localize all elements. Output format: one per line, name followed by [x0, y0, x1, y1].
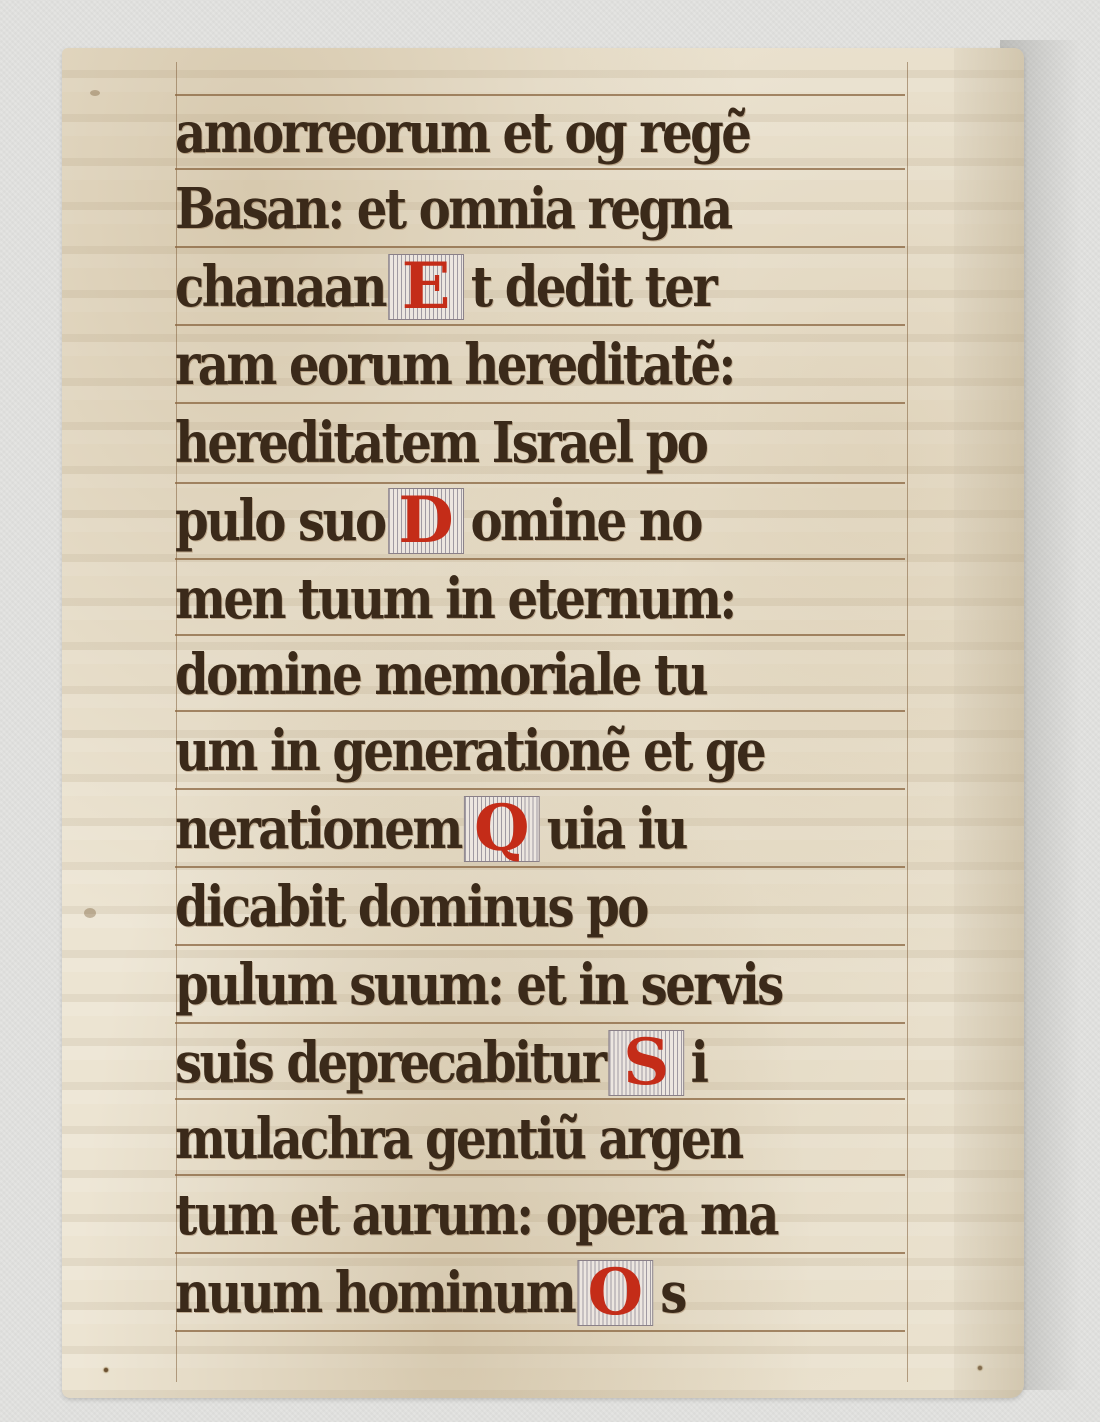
- right-margin-rule: [907, 62, 908, 1382]
- text-line: domine memoriale tu: [175, 644, 803, 706]
- text-segment: pulum suum: et in servis: [175, 954, 782, 1016]
- text-line: amorreorum et og regẽ: [175, 102, 803, 164]
- text-line: dicabit dominus po: [175, 876, 803, 938]
- text-segment: ram eorum hereditatẽ:: [175, 334, 734, 396]
- text-line: hereditatem Israel po: [175, 412, 803, 474]
- pin-hole: [976, 1364, 984, 1372]
- ruling-line: [175, 94, 905, 96]
- ink-stain: [84, 908, 96, 918]
- ruling-line: [175, 168, 905, 170]
- illuminated-initial-q: Q: [464, 796, 540, 862]
- text-segment: tum et aurum: opera ma: [175, 1184, 777, 1246]
- pin-hole: [102, 1366, 110, 1374]
- text-line: mulachra gentiũ argen: [175, 1108, 803, 1170]
- ruling-line: [175, 788, 905, 790]
- text-segment: um in generationẽ et ge: [175, 720, 764, 782]
- initial-letter: Q: [474, 797, 530, 861]
- ruling-line: [175, 866, 905, 868]
- text-line: pulum suum: et in servis: [175, 954, 803, 1016]
- illuminated-initial-e: E: [388, 254, 464, 320]
- ruling-line: [175, 710, 905, 712]
- text-segment: chanaan: [175, 256, 385, 318]
- ruling-line: [175, 1252, 905, 1254]
- text-segment: mulachra gentiũ argen: [175, 1108, 742, 1170]
- ink-stain: [90, 90, 100, 96]
- text-segment: nuum hominum: [175, 1262, 574, 1324]
- text-line: chanaanEt dedit ter: [175, 256, 803, 318]
- text-segment: i: [691, 1032, 707, 1094]
- initial-letter: D: [398, 489, 453, 553]
- text-segment: hereditatem Israel po: [175, 412, 706, 474]
- text-line: suis deprecabiturSi: [175, 1032, 803, 1094]
- initial-letter: E: [402, 255, 451, 319]
- ruling-line: [175, 1174, 905, 1176]
- ruling-line: [175, 246, 905, 248]
- text-segment: amorreorum et og regẽ: [175, 102, 749, 164]
- initial-letter: O: [588, 1261, 644, 1325]
- ruling-line: [175, 1330, 905, 1332]
- ruling-line: [175, 402, 905, 404]
- text-segment: nerationem: [175, 798, 461, 860]
- text-segment: t dedit ter: [471, 256, 715, 318]
- text-line: men tuum in eternum:: [175, 568, 803, 630]
- text-line: ram eorum hereditatẽ:: [175, 334, 803, 396]
- ruling-line: [175, 558, 905, 560]
- illuminated-initial-d: D: [388, 488, 464, 554]
- ruling-line: [175, 1098, 905, 1100]
- illuminated-initial-o: O: [578, 1260, 654, 1326]
- text-segment: suis deprecabitur: [175, 1032, 605, 1094]
- text-line: nerationemQuia iu: [175, 798, 803, 860]
- ruling-line: [175, 1022, 905, 1024]
- ruling-line: [175, 482, 905, 484]
- text-line: um in generationẽ et ge: [175, 720, 803, 782]
- initial-letter: S: [623, 1031, 669, 1095]
- text-segment: Basan: et omnia regna: [175, 178, 731, 240]
- text-line: tum et aurum: opera ma: [175, 1184, 803, 1246]
- text-segment: domine memoriale tu: [175, 644, 706, 706]
- ruling-line: [175, 324, 905, 326]
- text-line: Basan: et omnia regna: [175, 178, 803, 240]
- text-line: pulo suoDomine no: [175, 490, 803, 552]
- ruling-line: [175, 944, 905, 946]
- text-segment: dicabit dominus po: [175, 876, 647, 938]
- illuminated-initial-s: S: [608, 1030, 684, 1096]
- text-segment: pulo suo: [175, 490, 384, 552]
- text-segment: uia iu: [547, 798, 686, 860]
- text-segment: s: [660, 1262, 685, 1324]
- ruling-line: [175, 634, 905, 636]
- text-segment: omine no: [470, 490, 700, 552]
- text-line: nuum hominumOs: [175, 1262, 803, 1324]
- text-segment: men tuum in eternum:: [175, 568, 735, 630]
